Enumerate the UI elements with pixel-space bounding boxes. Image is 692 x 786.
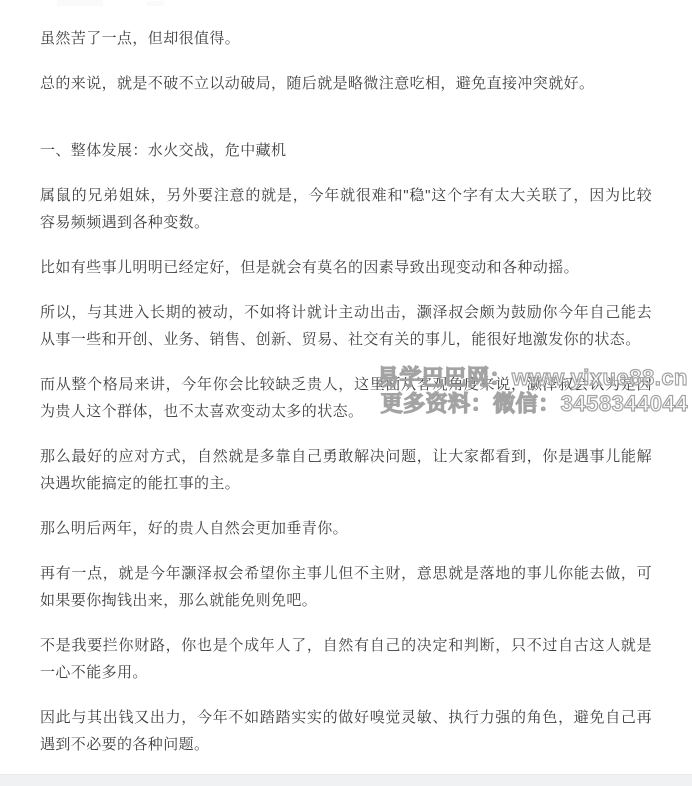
paragraph: 而从整个格局来讲，今年你会比较缺乏贵人，这里面从客观角度来说，灏泽叔会认为是因为… — [40, 371, 652, 425]
paragraph: 那么明后两年，好的贵人自然会更加垂青你。 — [40, 515, 652, 542]
paragraph: 不是我要拦你财路，你也是个成年人了，自然有自己的决定和判断，只不过自古这人就是一… — [40, 632, 652, 686]
article-body: 虽然苦了一点，但却很值得。 总的来说，就是不破不立以动破局，随后就是略微注意吃相… — [0, 0, 692, 776]
paragraph: 再有一点，就是今年灏泽叔会希望你主事儿但不主财，意思就是落地的事儿你能去做，可如… — [40, 560, 652, 614]
paragraph: 属鼠的兄弟姐妹，另外要注意的就是，今年就很难和"稳"这个字有太大关联了，因为比较… — [40, 182, 652, 236]
paragraph: 因此与其出钱又出力，今年不如踏踏实实的做好嗅觉灵敏、执行力强的角色，避免自己再遇… — [40, 704, 652, 758]
paragraph: 虽然苦了一点，但却很值得。 — [40, 25, 652, 52]
section-heading: 一、整体发展：水火交战，危中藏机 — [40, 137, 652, 164]
paragraph: 所以，与其进入长期的被动，不如将计就计主动出击，灏泽叔会颇为鼓励你今年自己能去从… — [40, 299, 652, 353]
paragraph: 总的来说，就是不破不立以动破局，随后就是略微注意吃相，避免直接冲突就好。 — [40, 70, 652, 97]
paragraph: 比如有些事儿明明已经定好，但是就会有莫名的因素导致出现变动和各种动摇。 — [40, 254, 652, 281]
paragraph: 那么最好的应对方式，自然就是多靠自己勇敢解决问题，让大家都看到，你是遇事儿能解决… — [40, 443, 652, 497]
